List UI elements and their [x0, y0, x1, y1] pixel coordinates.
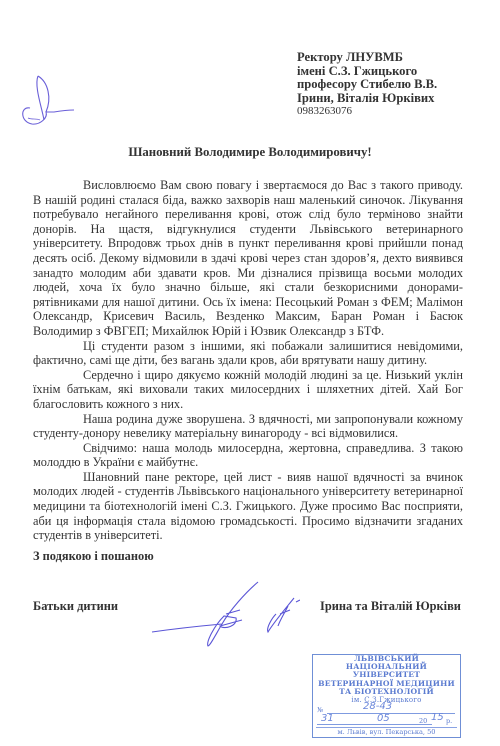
paragraph: Наша родина дуже зворушена. З вдячності,… — [33, 412, 463, 441]
stamp-year: 15 — [431, 712, 444, 723]
paragraph: Свідчимо: наша молодь милосердна, жертов… — [33, 441, 463, 470]
addressee-line: Ірини, Віталія Юрківих — [297, 92, 497, 106]
university-registration-stamp: ЛЬВІВСЬКИЙ НАЦІОНАЛЬНИЙ УНІВЕРСИТЕТ ВЕТЕ… — [312, 654, 461, 738]
paragraph: Шановний пане ректоре, цей лист - вияв н… — [33, 470, 463, 543]
stamp-day: 31 — [321, 713, 334, 724]
addressee-line: імені С.З. Гжицького — [297, 65, 497, 79]
addressee-line: Ректору ЛНУВМБ — [297, 51, 497, 65]
paragraph: Висловлюємо Вам свою повагу і звертаємос… — [33, 178, 463, 339]
letter-body: Висловлюємо Вам свою повагу і звертаємос… — [33, 178, 463, 543]
paragraph: Сердечно і щиро дякуємо кожній молодій л… — [33, 368, 463, 412]
stamp-line: ТА БІОТЕХНОЛОГІЙ — [313, 688, 460, 696]
salutation: Шановний Володимире Володимировичу! — [0, 145, 500, 160]
signatory-label: Батьки дитини — [33, 599, 118, 614]
paragraph: Ці студенти разом з іншими, які побажали… — [33, 339, 463, 368]
letter-page: Ректору ЛНУВМБ імені С.З. Гжицького проф… — [0, 0, 500, 746]
phone-number: 0983263076 — [297, 105, 497, 117]
stamp-line: НАЦІОНАЛЬНИЙ УНІВЕРСИТЕТ — [313, 663, 460, 679]
stamp-number-value: 28-43 — [363, 701, 392, 712]
stamp-address: м. Львів, вул. Пекарська, 50 — [316, 727, 457, 736]
parents-signature-icon — [150, 580, 300, 650]
addressee-line: професору Стибелю В.В. — [297, 78, 497, 92]
closing-phrase: З подякою і пошаною — [33, 549, 154, 564]
signatory-names: Ірина та Віталій Юрківи — [320, 599, 461, 614]
stamp-date-row: 31 05 20 15 р. — [313, 715, 460, 726]
stamp-date-line — [317, 724, 432, 725]
stamp-month: 05 — [377, 713, 390, 724]
resolution-signature-icon — [8, 68, 78, 133]
stamp-year-suffix: р. — [446, 717, 452, 725]
addressee-block: Ректору ЛНУВМБ імені С.З. Гжицького проф… — [297, 51, 497, 117]
